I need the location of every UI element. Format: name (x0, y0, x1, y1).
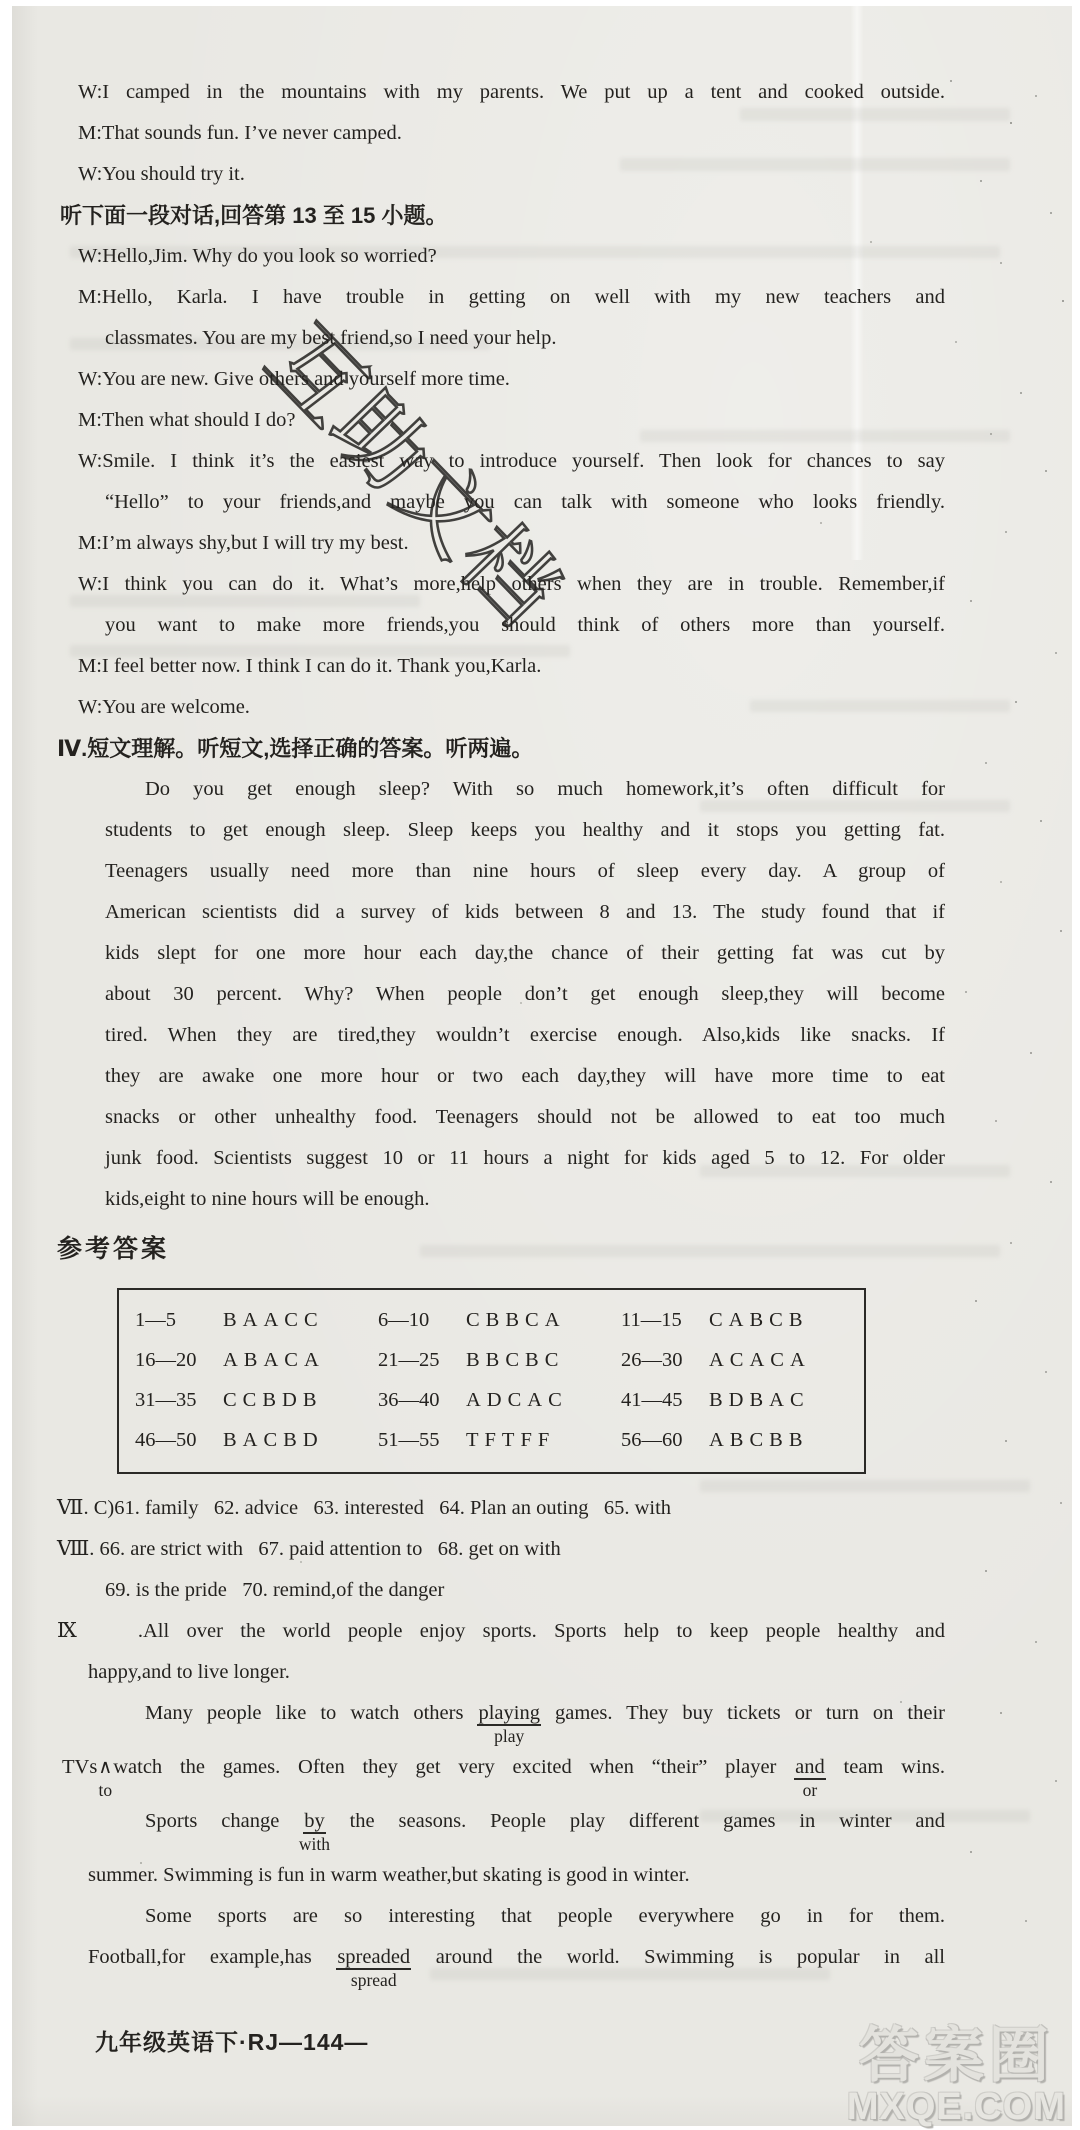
text-segment: Do you get enough sleep? With so much ho… (145, 778, 945, 800)
text-line: M:Hello, Karla. I have trouble in gettin… (78, 277, 945, 318)
answer-cell: 31—35CCBDB (135, 1380, 378, 1420)
text-segment: tired. When they are tired,they wouldn’t… (105, 1024, 945, 1046)
question-range: 11—15 (621, 1300, 709, 1340)
text-segment: team wins. (826, 1756, 945, 1778)
transcript-block: W:I camped in the mountains with my pare… (0, 72, 1080, 1274)
section-label: Ⅸ. (57, 1611, 143, 1652)
text-segment: they are awake one more hour or two each… (105, 1065, 945, 1087)
text-line: Ⅷ. 66. are strict with 67. paid attentio… (57, 1529, 945, 1570)
text-line: W:You should try it. (78, 154, 945, 195)
text-segment: W:You are welcome. (78, 696, 250, 718)
question-range: 46—50 (135, 1420, 223, 1460)
question-range: 31—35 (135, 1380, 223, 1420)
answer-circle-logo: 答案圈 (847, 2026, 1066, 2086)
answer-cell: 56—60ABCBB (621, 1420, 864, 1460)
underlined-word: by (303, 1810, 326, 1834)
question-range: 56—60 (621, 1420, 709, 1460)
text-line: Ⅶ. C)61. family 62. advice 63. intereste… (57, 1488, 945, 1529)
table-row: 46—50BACBD51—55TFTFF56—60ABCBB (119, 1420, 864, 1460)
text-line: M:Then what should I do? (78, 400, 945, 441)
text-line: M:I feel better now. I think I can do it… (78, 646, 945, 687)
insert-caret: ∧ (97, 1757, 113, 1778)
text-line: Football,for example,has spreadedspread … (88, 1937, 945, 1978)
answer-cell: 36—40ADCAC (378, 1380, 621, 1420)
text-segment: games. They buy tickets or turn on their (541, 1702, 945, 1724)
text-segment: Football,for example,has (88, 1946, 336, 1968)
question-range: 1—5 (135, 1300, 223, 1340)
answer-cell: 11—15CABCB (621, 1300, 864, 1340)
text-segment: W:I think you can do it. What’s more,hel… (78, 573, 945, 595)
text-line: tired. When they are tired,they wouldn’t… (105, 1015, 945, 1056)
correction-word: with (299, 1835, 330, 1853)
text-segment: the seasons. People play different games… (326, 1810, 945, 1832)
correction-word: or (803, 1781, 818, 1799)
question-range: 51—55 (378, 1420, 466, 1460)
text-line: 听下面一段对话,回答第 13 至 15 小题。 (60, 195, 945, 236)
text-segment: about 30 percent. Why? When people don’t… (105, 983, 945, 1005)
answer-letters: BACBD (223, 1420, 324, 1460)
text-segment: M:I’m always shy,but I will try my best. (78, 532, 409, 554)
text-line: about 30 percent. Why? When people don’t… (105, 974, 945, 1015)
answer-letters: BAACC (223, 1300, 324, 1340)
text-line: “Hello” to your friends,and maybe you ca… (105, 482, 945, 523)
underlined-word: playing (477, 1702, 541, 1726)
correction-word: to (98, 1781, 112, 1799)
text-segment: Ⅶ. C)61. family 62. advice 63. intereste… (57, 1497, 671, 1519)
question-range: 26—30 (621, 1340, 709, 1380)
answer-letters: TFTFF (466, 1420, 555, 1460)
text-line: 参考答案 (57, 1224, 945, 1274)
table-row: 1—5BAACC6—10CBBCA11—15CABCB (119, 1300, 864, 1340)
answer-letters: ABACA (223, 1340, 325, 1380)
text-segment: “Hello” to your friends,and maybe you ca… (105, 491, 945, 513)
question-range: 16—20 (135, 1340, 223, 1380)
correction: spreadedspread (336, 1946, 411, 1968)
text-segment: M:Then what should I do? (78, 409, 296, 431)
text-line: Do you get enough sleep? With so much ho… (145, 769, 945, 810)
answer-table: 1—5BAACC6—10CBBCA11—15CABCB16—20ABACA21—… (117, 1288, 866, 1474)
text-segment: Some sports are so interesting that peop… (145, 1905, 945, 1927)
text-segment: classmates. You are my best friend,so I … (105, 327, 556, 349)
text-line: TVs∧towatch the games. Often they get ve… (62, 1747, 945, 1788)
text-segment: TVs (62, 1756, 97, 1778)
site-watermark: 答案圈 MXQE.COM (847, 2026, 1066, 2126)
page-content: W:I camped in the mountains with my pare… (0, 0, 1080, 2057)
text-segment: students to get enough sleep. Sleep keep… (105, 819, 945, 841)
text-segment: American scientists did a survey of kids… (105, 901, 945, 923)
text-line: W:I think you can do it. What’s more,hel… (78, 564, 945, 605)
text-segment: 69. is the pride 70. remind,of the dange… (105, 1579, 444, 1601)
text-segment: M:I feel better now. I think I can do it… (78, 655, 541, 677)
text-line: they are awake one more hour or two each… (105, 1056, 945, 1097)
text-line: W:You are new. Give others and yourself … (78, 359, 945, 400)
text-line: W:You are welcome. (78, 687, 945, 728)
text-segment: All over the world people enjoy sports. … (143, 1620, 945, 1642)
text-line: kids,eight to nine hours will be enough. (105, 1179, 945, 1220)
text-segment: kids slept for one more hour each day,th… (105, 942, 945, 964)
text-segment: 参考答案 (57, 1235, 169, 1263)
text-segment: Ⅷ. 66. are strict with 67. paid attentio… (57, 1538, 561, 1560)
text-line: Teenagers usually need more than nine ho… (105, 851, 945, 892)
correction: playingplay (477, 1702, 541, 1724)
text-line: W:Smile. I think it’s the easiest way to… (78, 441, 945, 482)
text-line: W:Hello,Jim. Why do you look so worried? (78, 236, 945, 277)
underlined-word: and (794, 1756, 826, 1780)
text-segment: Many people like to watch others (145, 1702, 477, 1724)
text-line: M:That sounds fun. I’ve never camped. (78, 113, 945, 154)
answer-cell: 41—45BDBAC (621, 1380, 864, 1420)
text-segment: W:You are new. Give others and yourself … (78, 368, 510, 390)
answer-letters: CCBDB (223, 1380, 323, 1420)
answer-cell: 26—30ACACA (621, 1340, 864, 1380)
text-segment: kids,eight to nine hours will be enough. (105, 1188, 430, 1210)
table-row: 16—20ABACA21—25BBCBC26—30ACACA (119, 1340, 864, 1380)
text-line: American scientists did a survey of kids… (105, 892, 945, 933)
answer-letters: ACACA (709, 1340, 811, 1380)
text-segment: W:Smile. I think it’s the easiest way to… (78, 450, 945, 472)
text-segment: M:Hello, Karla. I have trouble in gettin… (78, 286, 945, 308)
correction-word: play (494, 1727, 524, 1745)
answer-letters: ABCBB (709, 1420, 809, 1460)
question-range: 41—45 (621, 1380, 709, 1420)
text-line: kids slept for one more hour each day,th… (105, 933, 945, 974)
answer-cell: 46—50BACBD (135, 1420, 378, 1460)
text-segment: M:That sounds fun. I’ve never camped. (78, 122, 402, 144)
text-line: summer. Swimming is fun in warm weather,… (88, 1855, 945, 1896)
text-segment: 听下面一段对话,回答第 13 至 15 小题。 (60, 203, 448, 228)
text-line: classmates. You are my best friend,so I … (105, 318, 945, 359)
correction: ∧to (97, 1756, 113, 1778)
question-range: 6—10 (378, 1300, 466, 1340)
text-segment: W:Hello,Jim. Why do you look so worried? (78, 245, 437, 267)
answer-cell: 6—10CBBCA (378, 1300, 621, 1340)
correction-word: spread (351, 1971, 397, 1989)
text-line: you want to make more friends,you should… (105, 605, 945, 646)
text-line: Ⅳ.短文理解。听短文,选择正确的答案。听两遍。 (57, 728, 945, 769)
answer-letters: BDBAC (709, 1380, 810, 1420)
underlined-word: spreaded (336, 1946, 411, 1970)
text-segment: snacks or other unhealthy food. Teenager… (105, 1106, 945, 1128)
text-segment: happy,and to live longer. (88, 1661, 290, 1683)
text-segment: watch the games. Often they get very exc… (113, 1756, 794, 1778)
text-segment: Ⅳ.短文理解。听短文,选择正确的答案。听两遍。 (57, 736, 533, 761)
text-line: W:I camped in the mountains with my pare… (78, 72, 945, 113)
exercise-block: Ⅶ. C)61. family 62. advice 63. intereste… (0, 1488, 1080, 1978)
text-line: 69. is the pride 70. remind,of the dange… (105, 1570, 945, 1611)
text-segment: around the world. Swimming is popular in… (411, 1946, 945, 1968)
text-segment: Sports change (145, 1810, 303, 1832)
answer-letters: ADCAC (466, 1380, 568, 1420)
question-range: 21—25 (378, 1340, 466, 1380)
text-line: happy,and to live longer. (88, 1652, 945, 1693)
site-url-watermark: MXQE.COM (847, 2088, 1066, 2126)
text-segment: junk food. Scientists suggest 10 or 11 h… (105, 1147, 945, 1169)
answer-cell: 51—55TFTFF (378, 1420, 621, 1460)
answer-cell: 16—20ABACA (135, 1340, 378, 1380)
text-line: Sports change bywith the seasons. People… (145, 1801, 945, 1842)
text-line: Some sports are so interesting that peop… (145, 1896, 945, 1937)
text-line: students to get enough sleep. Sleep keep… (105, 810, 945, 851)
text-line: snacks or other unhealthy food. Teenager… (105, 1097, 945, 1138)
text-segment: W:I camped in the mountains with my pare… (78, 81, 945, 103)
question-range: 36—40 (378, 1380, 466, 1420)
answer-letters: CABCB (709, 1300, 809, 1340)
text-line: M:I’m always shy,but I will try my best. (78, 523, 945, 564)
answer-cell: 1—5BAACC (135, 1300, 378, 1340)
text-segment: Teenagers usually need more than nine ho… (105, 860, 945, 882)
correction: bywith (303, 1810, 326, 1832)
text-segment: you want to make more friends,you should… (105, 614, 945, 636)
answer-letters: BBCBC (466, 1340, 564, 1380)
answer-cell: 21—25BBCBC (378, 1340, 621, 1380)
text-line: Ⅸ.All over the world people enjoy sports… (57, 1611, 945, 1652)
correction: andor (794, 1756, 826, 1778)
text-line: junk food. Scientists suggest 10 or 11 h… (105, 1138, 945, 1179)
text-segment: W:You should try it. (78, 163, 245, 185)
text-segment: summer. Swimming is fun in warm weather,… (88, 1864, 690, 1886)
answer-letters: CBBCA (466, 1300, 566, 1340)
text-line: Many people like to watch others playing… (145, 1693, 945, 1734)
table-row: 31—35CCBDB36—40ADCAC41—45BDBAC (119, 1380, 864, 1420)
